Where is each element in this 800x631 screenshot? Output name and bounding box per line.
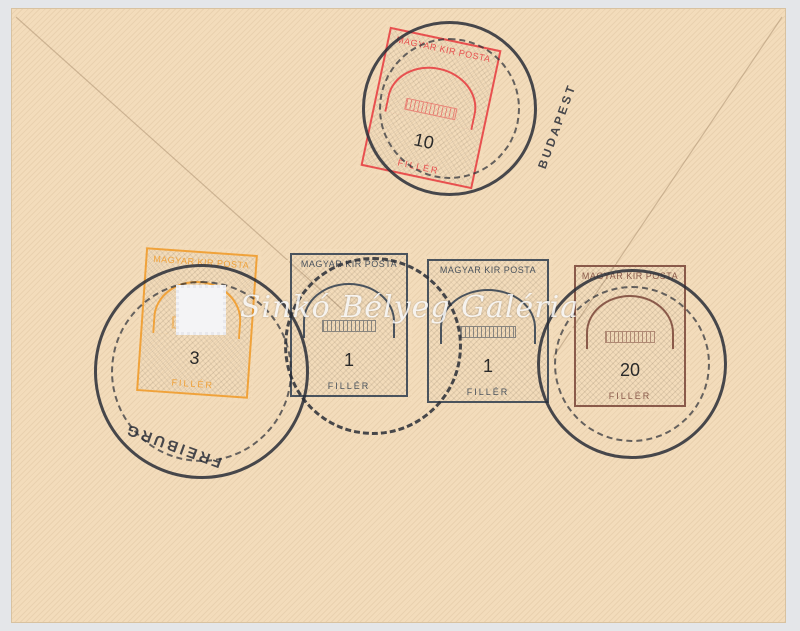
stamp-footer: FILLÉR [467, 387, 510, 397]
watermark-logo-icon [176, 285, 226, 335]
stamp-value: 1 [483, 357, 493, 375]
postmark-inner-ring [379, 38, 520, 179]
postmark-text-budapest: BUDAPEST [535, 81, 579, 170]
watermark-text: Sinkó Bélyeg Galéria [240, 290, 579, 325]
stamp-header: MAGYAR KIR POSTA [440, 265, 536, 275]
postmark-center [284, 257, 462, 435]
postmark-top [362, 21, 537, 196]
